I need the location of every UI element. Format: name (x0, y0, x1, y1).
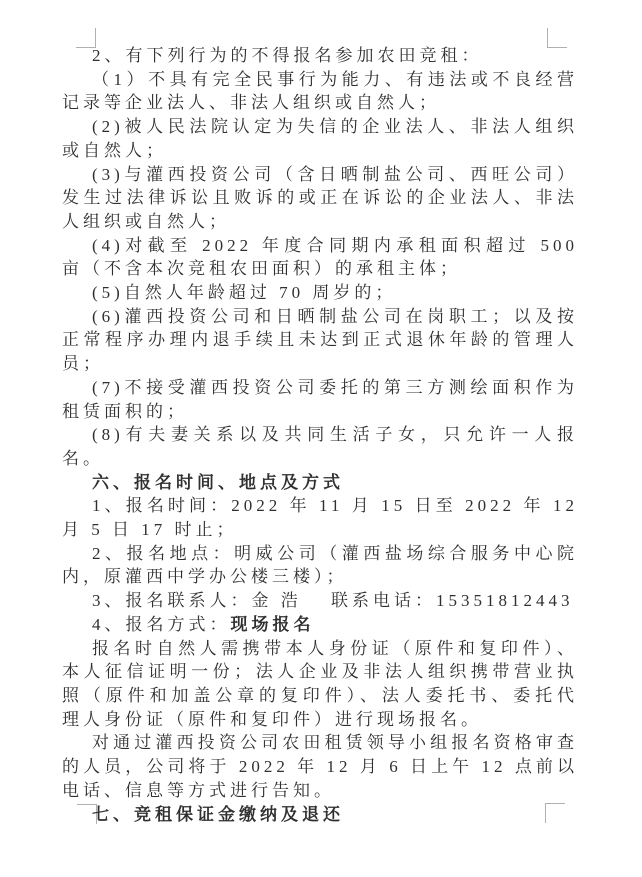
signup-method-value: 现场报名 (231, 615, 315, 634)
paragraph-rule-6: (6)灌西投资公司和日晒制盐公司在岗职工；以及按正常程序办理内退手续且未达到正式… (62, 305, 578, 376)
document-page: 2、有下列行为的不得报名参加农田竞租： （1）不具有完全民事行为能力、有违法或不… (0, 0, 642, 877)
section-heading-seven: 七、竞租保证金缴纳及退还 (62, 803, 578, 827)
document-text-block: 2、有下列行为的不得报名参加农田竞租： （1）不具有完全民事行为能力、有违法或不… (62, 44, 578, 826)
paragraph-eligibility-intro: 2、有下列行为的不得报名参加农田竞租： (62, 44, 578, 68)
paragraph-rule-1: （1）不具有完全民事行为能力、有违法或不良经营记录等企业法人、非法人组织或自然人… (62, 68, 578, 115)
paragraph-rule-3: (3)与灌西投资公司（含日晒制盐公司、西旺公司）发生过法律诉讼且败诉的或正在诉讼… (62, 163, 578, 234)
paragraph-signup-documents: 报名时自然人需携带本人身份证（原件和复印件）、本人征信证明一份；法人企业及非法人… (62, 637, 578, 732)
paragraph-rule-8: (8)有夫妻关系以及共同生活子女，只允许一人报名。 (62, 423, 578, 470)
paragraph-rule-4: (4)对截至 2022 年度合同期内承租面积超过 500 亩（不含本次竞租农田面… (62, 234, 578, 281)
section-heading-six: 六、报名时间、地点及方式 (62, 471, 578, 495)
signup-method-label: 4、报名方式： (92, 615, 231, 634)
paragraph-signup-method: 4、报名方式：现场报名 (62, 613, 578, 637)
paragraph-rule-7: (7)不接受灌西投资公司委托的第三方测绘面积作为租赁面积的； (62, 376, 578, 423)
paragraph-qualification-notice: 对通过灌西投资公司农田租赁领导小组报名资格审查的人员，公司将于 2022 年 1… (62, 731, 578, 802)
paragraph-signup-time: 1、报名时间：2022 年 11 月 15 日至 2022 年 12 月 5 日… (62, 494, 578, 541)
paragraph-rule-5: (5)自然人年龄超过 70 周岁的； (62, 281, 578, 305)
paragraph-rule-2: (2)被人民法院认定为失信的企业法人、非法人组织或自然人； (62, 115, 578, 162)
paragraph-signup-contact: 3、报名联系人：金 浩 联系电话：15351812443 (62, 589, 578, 613)
paragraph-signup-location: 2、报名地点：明威公司（灌西盐场综合服务中心院内，原灌西中学办公楼三楼）； (62, 542, 578, 589)
